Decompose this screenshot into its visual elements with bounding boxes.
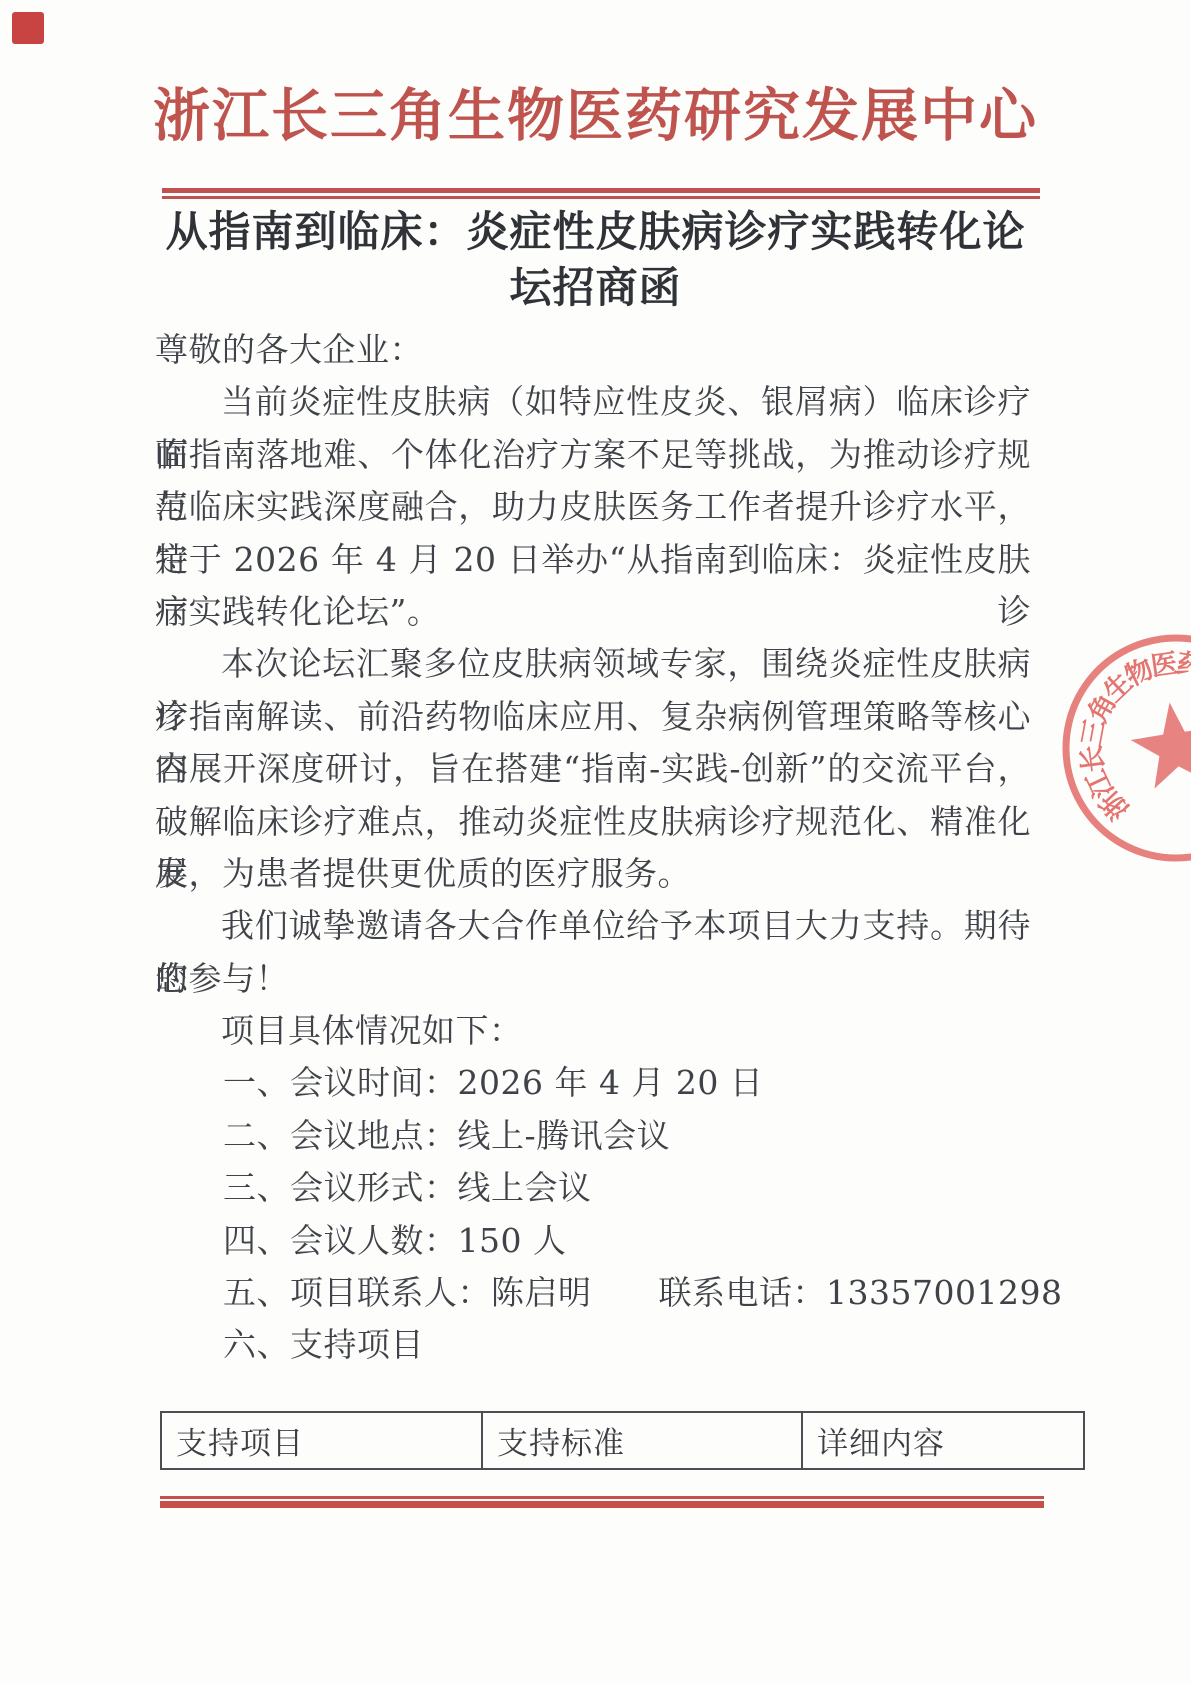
body-line: 临指南落地难、个体化治疗方案不足等挑战，为推动诊疗规范 [155, 429, 1031, 481]
body-line: 当前炎症性皮肤病（如特应性皮炎、银屑病）临床诊疗面 [155, 376, 1031, 428]
body-line: 本次论坛汇聚多位皮肤病领域专家，围绕炎症性皮肤病诊 [155, 638, 1031, 690]
body-line: 破解临床诊疗难点，推动炎症性皮肤病诊疗规范化、精准化发 [155, 796, 1031, 848]
rule-bar [160, 1501, 1044, 1508]
document-title-line1: 从指南到临床：炎症性皮肤病诊疗实践转化论 [165, 207, 1025, 256]
body-line: 项目具体情况如下： [155, 1005, 1031, 1057]
body-line: 定于 2026 年 4 月 20 日举办“从指南到临床：炎症性皮肤病诊 [155, 534, 1031, 586]
table-header-support-standard: 支持标准 [482, 1412, 802, 1469]
seal-star-icon [1126, 696, 1191, 791]
body-line: 尊敬的各大企业： [155, 324, 1031, 376]
body-line: 与临床实践深度融合，助力皮肤医务工作者提升诊疗水平，特 [155, 481, 1031, 533]
body-line: 五、项目联系人：陈启明 联系电话：13357001298 [223, 1267, 1031, 1319]
table-header-row: 支持项目 支持标准 详细内容 [161, 1412, 1084, 1469]
rule-bar [162, 196, 1040, 199]
table-header-support-item: 支持项目 [161, 1412, 482, 1469]
body-line: 的参与！ [155, 953, 1031, 1005]
organization-name: 浙江长三角生物医药研究发展中心 [0, 80, 1191, 152]
support-items-table: 支持项目 支持标准 详细内容 [160, 1411, 1085, 1470]
body-line: 容展开深度研讨，旨在搭建“指南-实践-创新”的交流平台， [155, 743, 1031, 795]
seal-character: 药 [1174, 648, 1191, 683]
body-line: 疗指南解读、前沿药物临床应用、复杂病例管理策略等核心内 [155, 691, 1031, 743]
body-line: 我们诚挚邀请各大合作单位给予本项目大力支持。期待您 [155, 900, 1031, 952]
body-line: 一、会议时间：2026 年 4 月 20 日 [223, 1057, 1031, 1109]
table-header-detail: 详细内容 [802, 1412, 1084, 1469]
header-double-rule [162, 188, 1040, 199]
body-line: 六、支持项目 [223, 1319, 1031, 1371]
footer-double-rule [160, 1496, 1044, 1508]
scanned-document-page: 浙江长三角生物医药研究发展中心 从指南到临床：炎症性皮肤病诊疗实践转化论坛招商函… [0, 0, 1191, 1684]
body-line: 二、会议地点：线上-腾讯会议 [223, 1110, 1031, 1162]
body-line: 三、会议形式：线上会议 [223, 1162, 1031, 1214]
document-title: 从指南到临床：炎症性皮肤病诊疗实践转化论坛招商函 [0, 204, 1191, 316]
document-title-line2: 坛招商函 [509, 263, 681, 312]
official-red-seal: 浙江长三角生物医药研究发展中心 [1041, 613, 1191, 883]
body-text: 尊敬的各大企业：当前炎症性皮肤病（如特应性皮炎、银屑病）临床诊疗面临指南落地难、… [155, 324, 1031, 1372]
body-line: 四、会议人数：150 人 [223, 1215, 1031, 1267]
body-line: 展，为患者提供更优质的医疗服务。 [155, 848, 1031, 900]
scan-corner-mark [12, 12, 44, 44]
